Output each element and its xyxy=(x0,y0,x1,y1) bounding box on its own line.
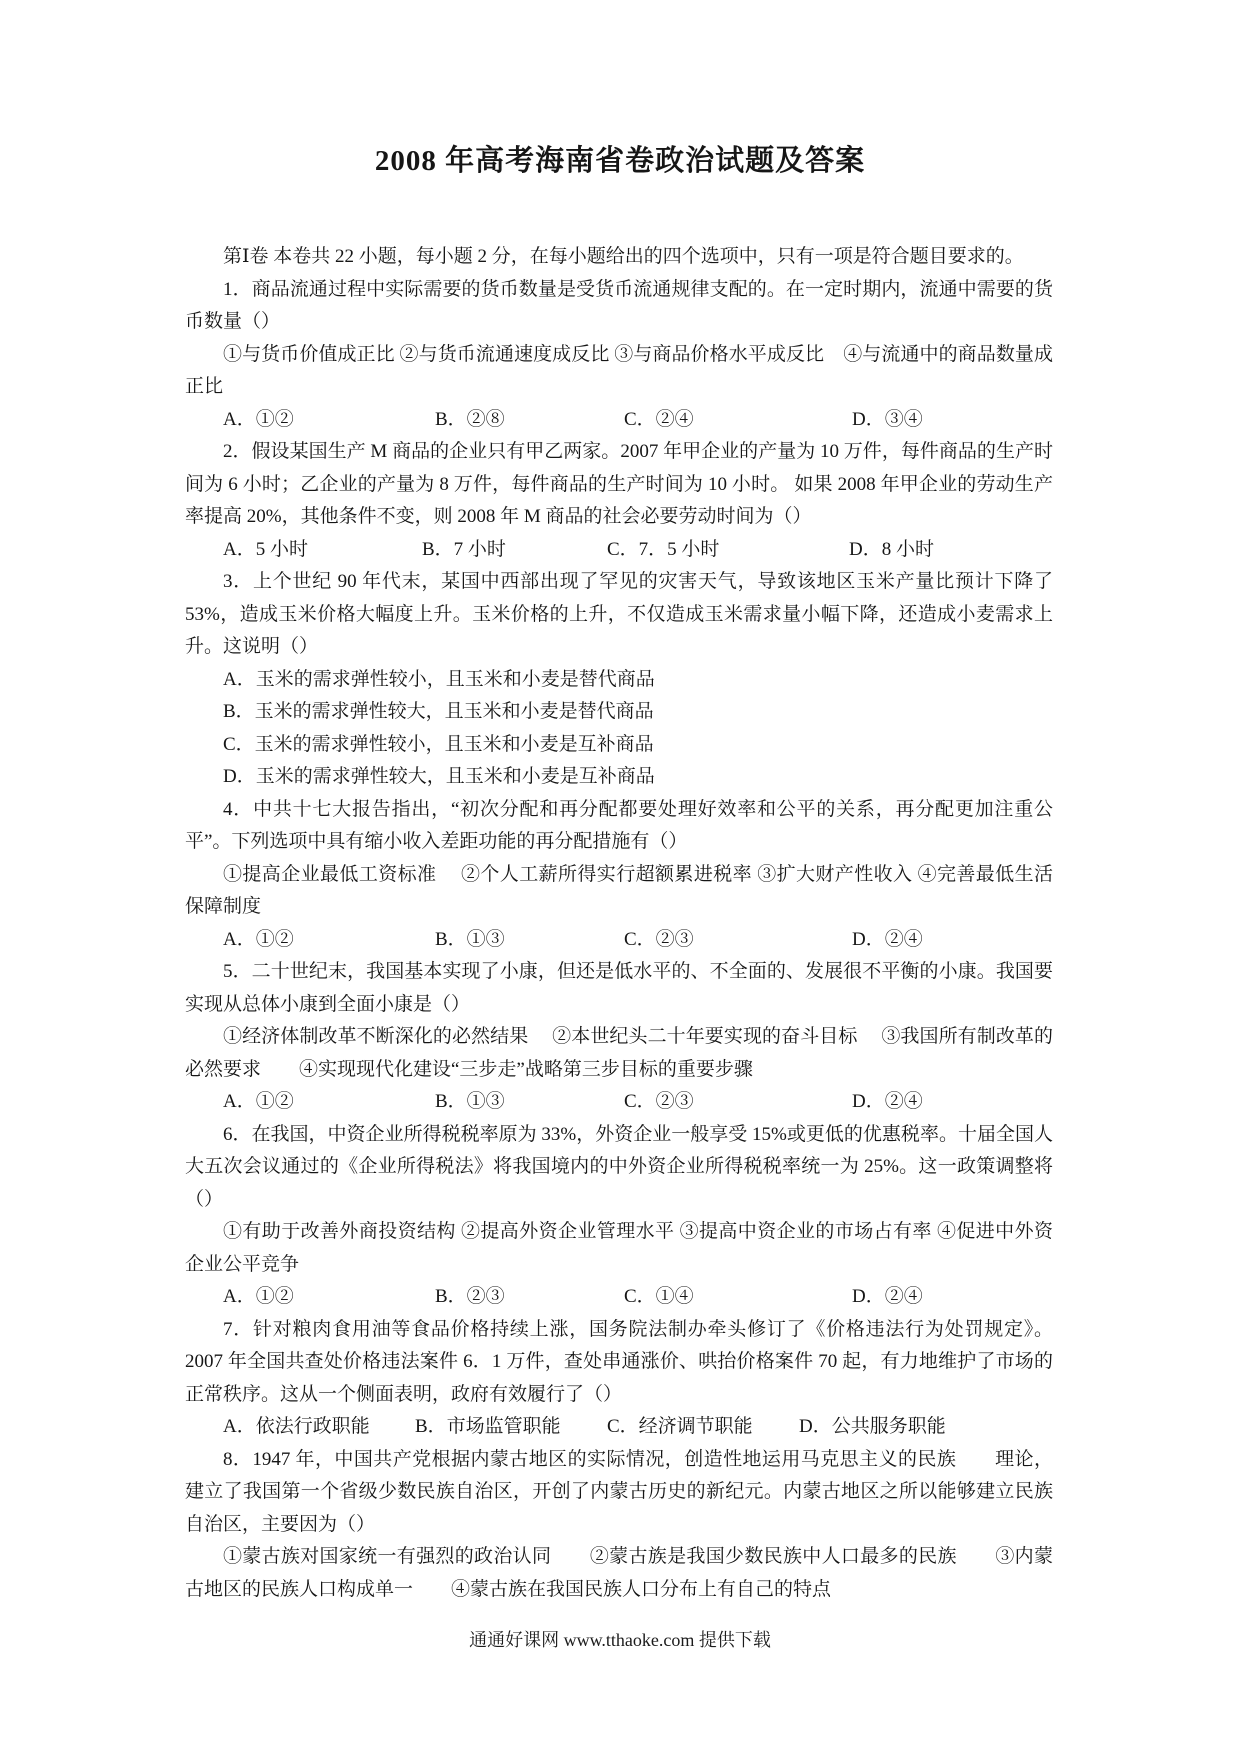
question-1-option-b: B．②⑧ xyxy=(435,404,624,437)
question-1-option-c: C．②④ xyxy=(624,404,852,437)
question-2: 2．假设某国生产 M 商品的企业只有甲乙两家。2007 年甲企业的产量为 10 … xyxy=(185,436,1053,566)
question-2-stem: 2．假设某国生产 M 商品的企业只有甲乙两家。2007 年甲企业的产量为 10 … xyxy=(185,436,1053,534)
question-5-option-c: C．②③ xyxy=(624,1086,852,1119)
question-2-option-b: B．7 小时 xyxy=(422,534,607,567)
question-8: 8．1947 年，中国共产党根据内蒙古地区的实际情况，创造性地运用马克思主义的民… xyxy=(185,1444,1053,1607)
question-5-items: ①经济体制改革不断深化的必然结果 ②本世纪头二十年要实现的奋斗目标 ③我国所有制… xyxy=(185,1021,1053,1086)
question-8-items: ①蒙古族对国家统一有强烈的政治认同 ②蒙古族是我国少数民族中人口最多的民族 ③内… xyxy=(185,1541,1053,1606)
question-3-option-c: C．玉米的需求弹性较小，且玉米和小麦是互补商品 xyxy=(185,729,1053,762)
page-footer: 通通好课网 www.tthaoke.com 提供下载 xyxy=(0,1627,1240,1653)
exam-body: 第Ⅰ卷 本卷共 22 小题，每小题 2 分，在每小题给出的四个选项中，只有一项是… xyxy=(185,241,1053,1606)
question-4-option-c: C．②③ xyxy=(624,924,852,957)
question-2-option-a: A．5 小时 xyxy=(223,534,422,567)
question-4-choices: A．①② B．①③ C．②③ D．②④ xyxy=(185,924,1053,957)
question-4-option-d: D．②④ xyxy=(852,924,1053,957)
question-6-option-c: C．①④ xyxy=(624,1281,852,1314)
question-4-items: ①提高企业最低工资标准 ②个人工薪所得实行超额累进税率 ③扩大财产性收入 ④完善… xyxy=(185,859,1053,924)
question-3-option-a: A．玉米的需求弹性较小，且玉米和小麦是替代商品 xyxy=(185,664,1053,697)
exam-document-page: 2008 年高考海南省卷政治试题及答案 第Ⅰ卷 本卷共 22 小题，每小题 2 … xyxy=(0,0,1240,1754)
question-2-choices: A．5 小时 B．7 小时 C．7．5 小时 D．8 小时 xyxy=(185,534,1053,567)
question-6: 6．在我国，中资企业所得税税率原为 33%，外资企业一般享受 15%或更低的优惠… xyxy=(185,1119,1053,1314)
question-3-option-d: D．玉米的需求弹性较大，且玉米和小麦是互补商品 xyxy=(185,761,1053,794)
question-2-option-d: D．8 小时 xyxy=(849,534,1053,567)
page-title: 2008 年高考海南省卷政治试题及答案 xyxy=(0,143,1240,179)
question-2-option-c: C．7．5 小时 xyxy=(607,534,849,567)
question-3-option-b: B．玉米的需求弹性较大，且玉米和小麦是替代商品 xyxy=(185,696,1053,729)
question-4: 4．中共十七大报告指出，“初次分配和再分配都要处理好效率和公平的关系，再分配更加… xyxy=(185,794,1053,957)
question-1-choices: A．①② B．②⑧ C．②④ D．③④ xyxy=(185,404,1053,437)
question-5: 5．二十世纪末，我国基本实现了小康，但还是低水平的、不全面的、发展很不平衡的小康… xyxy=(185,956,1053,1119)
question-6-stem: 6．在我国，中资企业所得税税率原为 33%，外资企业一般享受 15%或更低的优惠… xyxy=(185,1119,1053,1217)
question-4-stem: 4．中共十七大报告指出，“初次分配和再分配都要处理好效率和公平的关系，再分配更加… xyxy=(185,794,1053,859)
question-6-option-d: D．②④ xyxy=(852,1281,1053,1314)
question-6-items: ①有助于改善外商投资结构 ②提高外资企业管理水平 ③提高中资企业的市场占有率 ④… xyxy=(185,1216,1053,1281)
question-5-stem: 5．二十世纪末，我国基本实现了小康，但还是低水平的、不全面的、发展很不平衡的小康… xyxy=(185,956,1053,1021)
question-6-choices: A．①② B．②③ C．①④ D．②④ xyxy=(185,1281,1053,1314)
question-1-stem: 1．商品流通过程中实际需要的货币数量是受货币流通规律支配的。在一定时期内，流通中… xyxy=(185,274,1053,339)
question-5-option-d: D．②④ xyxy=(852,1086,1053,1119)
question-5-option-b: B．①③ xyxy=(435,1086,624,1119)
question-1-items: ①与货币价值成正比 ②与货币流通速度成反比 ③与商品价格水平成反比 ④与流通中的… xyxy=(185,339,1053,404)
question-7-stem: 7．针对粮肉食用油等食品价格持续上涨，国务院法制办牵头修订了《价格违法行为处罚规… xyxy=(185,1314,1053,1412)
question-1-option-d: D．③④ xyxy=(852,404,1053,437)
question-1-option-a: A．①② xyxy=(223,404,435,437)
question-6-option-b: B．②③ xyxy=(435,1281,624,1314)
question-8-stem: 8．1947 年，中国共产党根据内蒙古地区的实际情况，创造性地运用马克思主义的民… xyxy=(185,1444,1053,1542)
question-4-option-a: A．①② xyxy=(223,924,435,957)
question-5-choices: A．①② B．①③ C．②③ D．②④ xyxy=(185,1086,1053,1119)
question-7-option-a: A．依法行政职能 xyxy=(223,1411,415,1444)
question-7-choices: A．依法行政职能 B．市场监管职能 C．经济调节职能 D．公共服务职能 xyxy=(185,1411,1053,1444)
question-5-option-a: A．①② xyxy=(223,1086,435,1119)
question-7: 7．针对粮肉食用油等食品价格持续上涨，国务院法制办牵头修订了《价格违法行为处罚规… xyxy=(185,1314,1053,1444)
question-3: 3．上个世纪 90 年代末，某国中西部出现了罕见的灾害天气，导致该地区玉米产量比… xyxy=(185,566,1053,794)
question-4-option-b: B．①③ xyxy=(435,924,624,957)
question-6-option-a: A．①② xyxy=(223,1281,435,1314)
question-7-option-b: B．市场监管职能 xyxy=(415,1411,607,1444)
question-1: 1．商品流通过程中实际需要的货币数量是受货币流通规律支配的。在一定时期内，流通中… xyxy=(185,274,1053,437)
question-7-option-c: C．经济调节职能 xyxy=(607,1411,799,1444)
question-7-option-d: D．公共服务职能 xyxy=(799,1411,1053,1444)
question-3-stem: 3．上个世纪 90 年代末，某国中西部出现了罕见的灾害天气，导致该地区玉米产量比… xyxy=(185,566,1053,664)
section-intro: 第Ⅰ卷 本卷共 22 小题，每小题 2 分，在每小题给出的四个选项中，只有一项是… xyxy=(185,241,1053,274)
